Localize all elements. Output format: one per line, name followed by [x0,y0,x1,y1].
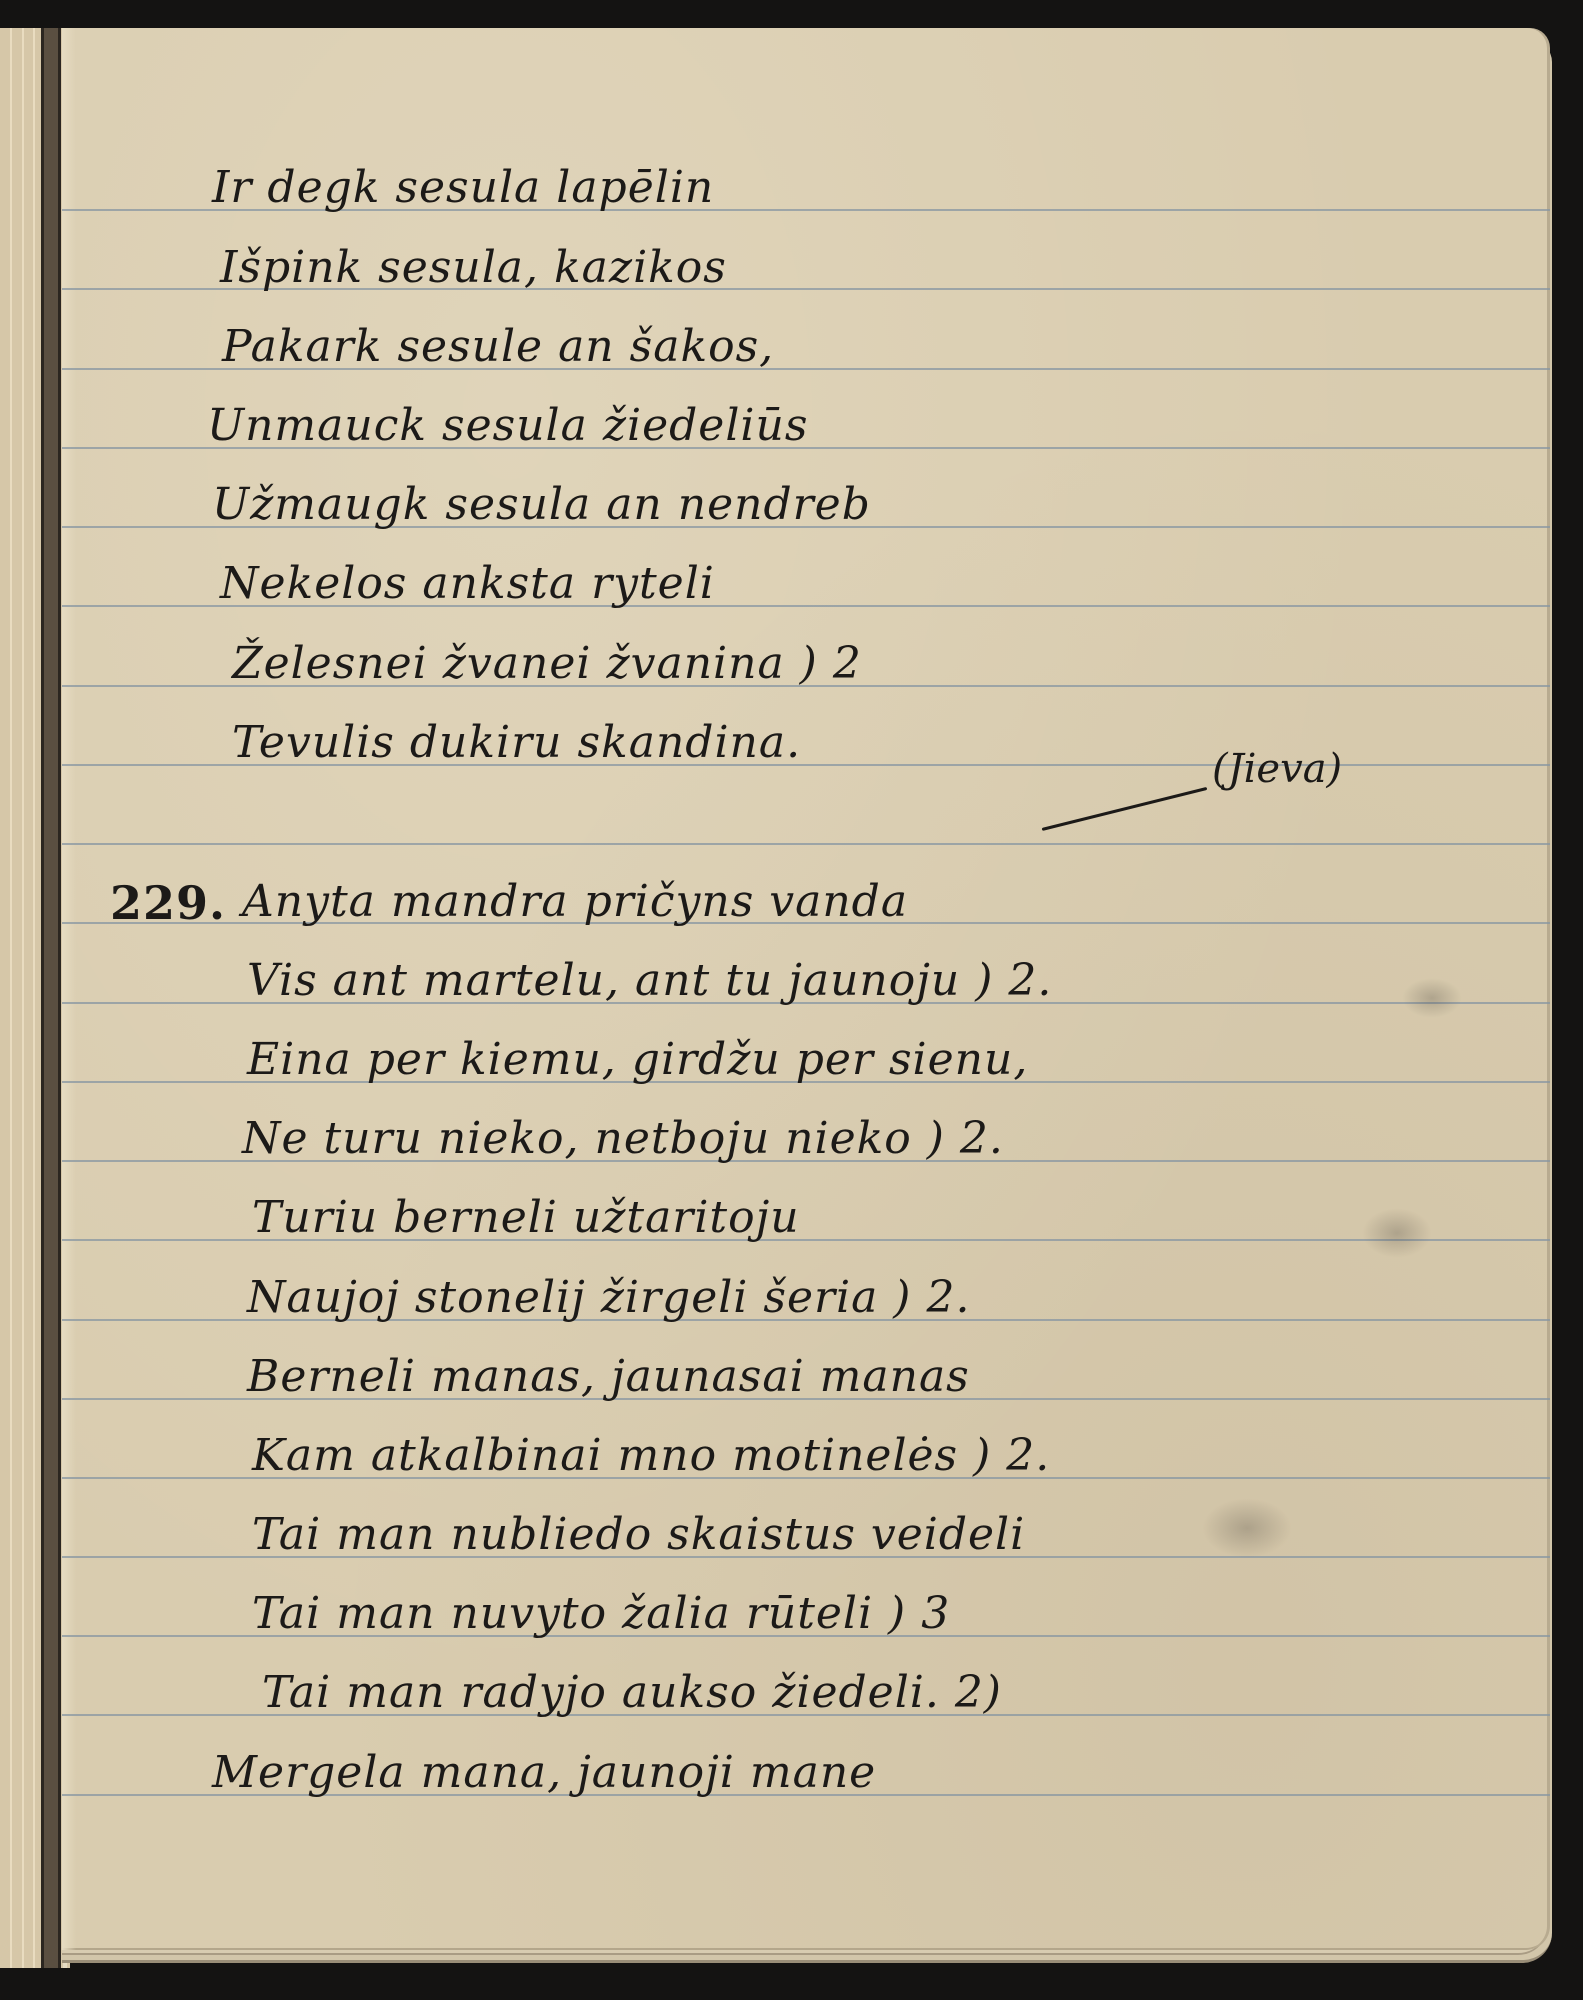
verse-line: Anyta mandra pričyns vanda [242,880,908,924]
verse-line: Ir degk sesula lapēlin [212,166,714,210]
verse-line: Eina per kiemu, girdžu per sienu, [247,1038,1028,1082]
verse-line: Unmauck sesula žiedeliūs [207,404,808,448]
notebook-binding [0,28,70,1968]
ink-smudge [1202,1498,1292,1558]
verse-line: Berneli manas, jaunasai manas [247,1355,970,1399]
spine-gutter [41,28,61,1968]
verse-line: Nekelos anksta ryteli [220,562,715,606]
verse-line: Želesnei žvanei žvanina ) 2 [232,642,862,686]
notebook-page: Ir degk sesula lapēlin Išpink sesula, ka… [62,28,1550,1950]
verse-line: Pakark sesule an šakos, [222,325,774,369]
verse-line: Ne turu nieko, netboju nieko ) 2. [242,1117,1004,1161]
verse-line: Užmaugk sesula an nendreb [212,483,871,527]
page-edge [22,28,24,1968]
verse-line: Tevulis dukiru skandina. [232,721,801,765]
verse-line: Turiu berneli užtaritoju [252,1196,800,1240]
page-edge [10,28,12,1968]
page-edge [33,28,35,1968]
page-left-fade [62,28,76,1950]
ink-smudge [1402,978,1462,1018]
verse-line: Kam atkalbinai mno motinelės ) 2. [252,1434,1050,1478]
verse-line: Tai man nuvyto žalia rūteli ) 3 [252,1592,950,1636]
ink-flourish [1042,787,1208,831]
verse-line: Tai man radyjo aukso žiedeli. 2) [262,1671,1002,1715]
verse-line: Naujoj stonelij žirgeli šeria ) 2. [247,1276,970,1320]
verse-line: Vis ant martelu, ant tu jaunoju ) 2. [247,959,1052,1003]
ruled-line [62,843,1550,845]
ink-smudge [1362,1208,1432,1258]
verse-line: Išpink sesula, kazikos [220,246,727,290]
verse-line: Tai man nubliedo skaistus veideli [252,1513,1025,1557]
source-annotation: (Jieva) [1212,746,1342,792]
verse-line: Mergela mana, jaunoji mane [212,1751,876,1795]
song-number: 229. [110,880,226,926]
